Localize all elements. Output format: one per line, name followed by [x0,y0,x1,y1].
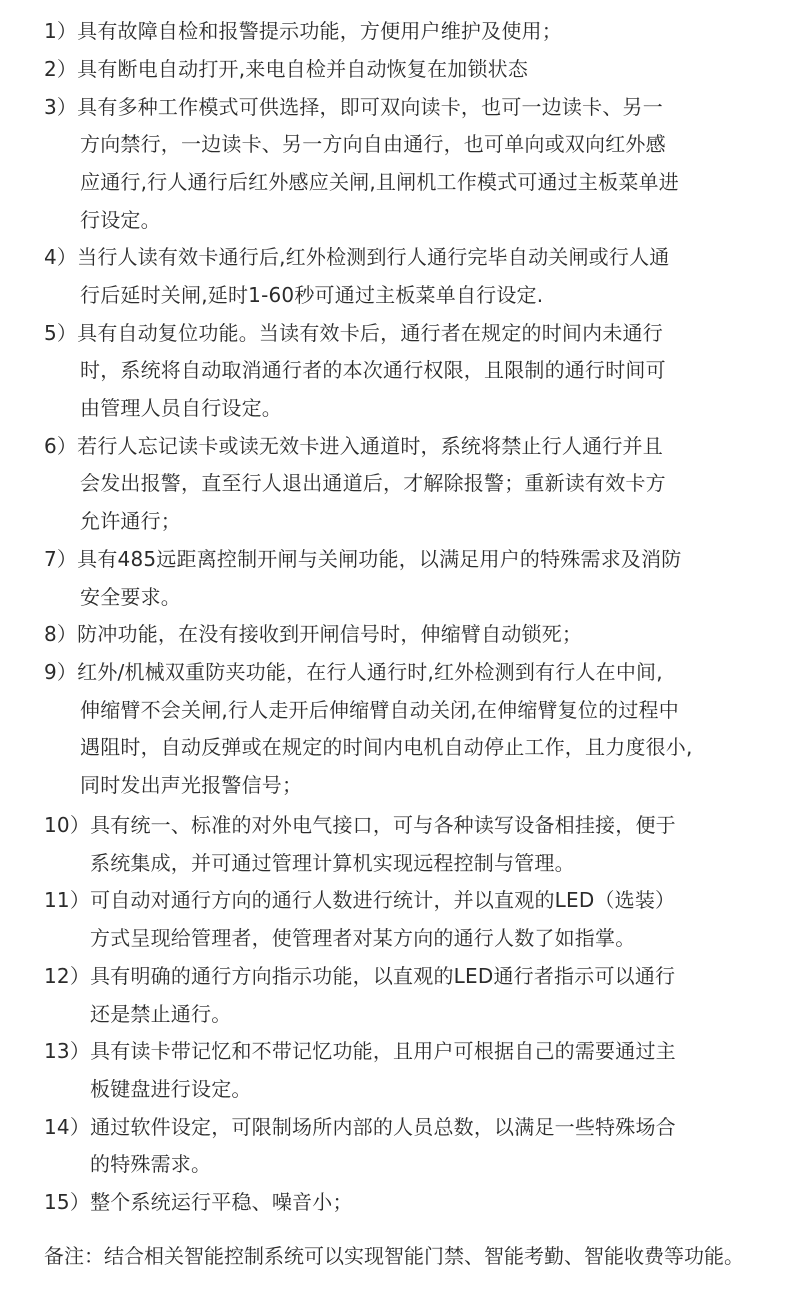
feature-item-5-line-3: 由管理人员自行设定。 [80,395,282,421]
feature-item-12: 12）具有明确的通行方向指示功能，以直观的LED通行者指示可以通行 [44,963,675,989]
feature-item-6-line-2: 会发出报警，直至行人退出通道后，才解除报警；重新读有效卡方 [80,470,666,496]
feature-item-7-line-2: 安全要求。 [80,584,181,610]
feature-item-5: 5）具有自动复位功能。当读有效卡后，通行者在规定的时间内未通行 [44,320,663,346]
feature-item-11-line-2: 方式呈现给管理者，使管理者对某方向的通行人数了如指掌。 [90,925,635,951]
feature-item-14-line-2: 的特殊需求。 [90,1151,211,1177]
item-number: 2） [44,56,77,82]
feature-item-9-line-3: 遇阻时，自动反弹或在规定的时间内电机自动停止工作，且力度很小, [80,734,693,760]
feature-item-12-line-2: 还是禁止通行。 [90,1001,231,1027]
item-text: 具有485远距离控制开闸与关闸功能，以满足用户的特殊需求及消防 [77,547,681,571]
feature-item-4: 4）当行人读有效卡通行后,红外检测到行人通行完毕自动关闸或行人通 [44,244,669,270]
feature-item-4-line-2: 行后延时关闸,延时1-60秒可通过主板菜单自行设定. [80,282,543,308]
feature-item-8: 8）防冲功能，在没有接收到开闸信号时，伸缩臂自动锁死； [44,621,582,647]
feature-item-3-line-2: 方向禁行，一边读卡、另一方向自由通行，也可单向或双向红外感 [80,131,666,157]
feature-item-13: 13）具有读卡带记忆和不带记忆功能，且用户可根据自己的需要通过主 [44,1038,676,1064]
item-number: 11） [44,887,90,913]
feature-item-2: 2）具有断电自动打开,来电自检并自动恢复在加锁状态 [44,56,528,82]
item-number: 4） [44,244,77,270]
feature-item-14: 14）通过软件设定，可限制场所内部的人员总数，以满足一些特殊场合 [44,1114,676,1140]
feature-item-13-line-2: 板键盘进行设定。 [90,1076,252,1102]
feature-item-5-line-2: 时，系统将自动取消通行者的本次通行权限，且限制的通行时间可 [80,357,666,383]
feature-item-3-line-3: 应通行,行人通行后红外感应关闸,且闸机工作模式可通过主板菜单进 [80,169,679,195]
feature-item-3-line-4: 行设定。 [80,207,161,233]
item-text: 整个系统运行平稳、噪音小； [90,1190,353,1214]
feature-item-6-line-3: 允许通行； [80,508,181,534]
feature-item-1: 1）具有故障自检和报警提示功能，方便用户维护及使用； [44,18,562,44]
item-text: 红外/机械双重防夹功能，在行人通行时,红外检测到有行人在中间, [77,660,663,684]
feature-item-9: 9）红外/机械双重防夹功能，在行人通行时,红外检测到有行人在中间, [44,659,663,685]
item-text: 防冲功能，在没有接收到开闸信号时，伸缩臂自动锁死； [77,622,582,646]
item-number: 15） [44,1189,90,1215]
item-number: 8） [44,621,77,647]
item-text: 可自动对通行方向的通行人数进行统计，并以直观的LED（选装） [90,888,675,912]
feature-item-10-line-2: 系统集成，并可通过管理计算机实现远程控制与管理。 [90,850,575,876]
remark-note: 备注：结合相关智能控制系统可以实现智能门禁、智能考勤、智能收费等功能。 [44,1243,744,1269]
item-number: 5） [44,320,77,346]
item-text: 当行人读有效卡通行后,红外检测到行人通行完毕自动关闸或行人通 [77,245,669,269]
item-number: 14） [44,1114,90,1140]
feature-item-7: 7）具有485远距离控制开闸与关闸功能，以满足用户的特殊需求及消防 [44,546,682,572]
item-number: 1） [44,18,77,44]
feature-item-15: 15）整个系统运行平稳、噪音小； [44,1189,353,1215]
feature-item-9-line-2: 伸缩臂不会关闸,行人走开后伸缩臂自动关闭,在伸缩臂复位的过程中 [80,697,679,723]
feature-item-6: 6）若行人忘记读卡或读无效卡进入通道时，系统将禁止行人通行并且 [44,433,663,459]
item-number: 7） [44,546,77,572]
item-number: 10） [44,812,90,838]
item-number: 6） [44,433,77,459]
item-text: 具有断电自动打开,来电自检并自动恢复在加锁状态 [77,57,528,81]
feature-item-9-line-4: 同时发出声光报警信号； [80,772,302,798]
item-text: 具有故障自检和报警提示功能，方便用户维护及使用； [77,19,562,43]
item-number: 12） [44,963,90,989]
item-number: 3） [44,94,77,120]
feature-item-10: 10）具有统一、标准的对外电气接口，可与各种读写设备相挂接，便于 [44,812,676,838]
item-text: 具有明确的通行方向指示功能，以直观的LED通行者指示可以通行 [90,964,675,988]
feature-item-11: 11）可自动对通行方向的通行人数进行统计，并以直观的LED（选装） [44,887,675,913]
item-text: 具有读卡带记忆和不带记忆功能，且用户可根据自己的需要通过主 [90,1039,676,1063]
item-text: 若行人忘记读卡或读无效卡进入通道时，系统将禁止行人通行并且 [77,434,663,458]
feature-item-3: 3）具有多种工作模式可供选择，即可双向读卡，也可一边读卡、另一 [44,94,663,120]
item-number: 9） [44,659,77,685]
item-text: 具有自动复位功能。当读有效卡后，通行者在规定的时间内未通行 [77,321,663,345]
item-text: 具有统一、标准的对外电气接口，可与各种读写设备相挂接，便于 [90,813,676,837]
item-text: 通过软件设定，可限制场所内部的人员总数，以满足一些特殊场合 [90,1115,676,1139]
item-text: 具有多种工作模式可供选择，即可双向读卡，也可一边读卡、另一 [77,95,663,119]
item-number: 13） [44,1038,90,1064]
